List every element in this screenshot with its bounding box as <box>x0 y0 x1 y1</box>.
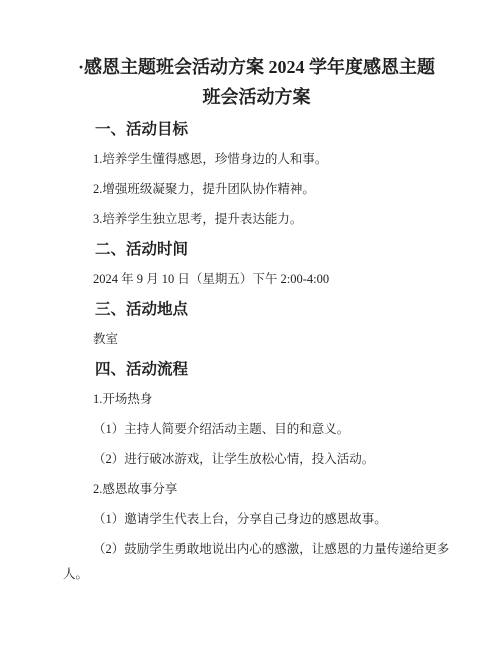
goal-item-1: 1.培养学生懂得感恩，珍惜身边的人和事。 <box>63 147 450 172</box>
section-heading-process: 四、活动流程 <box>63 357 450 382</box>
section-heading-location: 三、活动地点 <box>63 297 450 322</box>
document-title: ·感恩主题班会活动方案 2024 学年度感恩主题班会活动方案 <box>75 52 438 112</box>
activity-location-text: 教室 <box>63 327 450 352</box>
process-step-1-item-1: （1）主持人简要介绍活动主题、目的和意义。 <box>63 417 450 442</box>
section-heading-time: 二、活动时间 <box>63 237 450 262</box>
process-step-1-item-2: （2）进行破冰游戏，让学生放松心情，投入活动。 <box>63 447 450 472</box>
process-step-1-title: 1.开场热身 <box>63 387 450 412</box>
activity-time-text: 2024 年 9 月 10 日（星期五）下午 2:00-4:00 <box>63 267 450 292</box>
document-page: ·感恩主题班会活动方案 2024 学年度感恩主题班会活动方案 一、活动目标 1.… <box>0 0 500 647</box>
section-heading-goals: 一、活动目标 <box>63 117 450 142</box>
goal-item-2: 2.增强班级凝聚力，提升团队协作精神。 <box>63 177 450 202</box>
process-step-2-item-2: （2）鼓励学生勇敢地说出内心的感激，让感恩的力量传递给更多人。 <box>63 537 450 587</box>
process-step-2-item-1: （1）邀请学生代表上台，分享自己身边的感恩故事。 <box>63 507 450 532</box>
goal-item-3: 3.培养学生独立思考，提升表达能力。 <box>63 207 450 232</box>
process-step-2-title: 2.感恩故事分享 <box>63 477 450 502</box>
